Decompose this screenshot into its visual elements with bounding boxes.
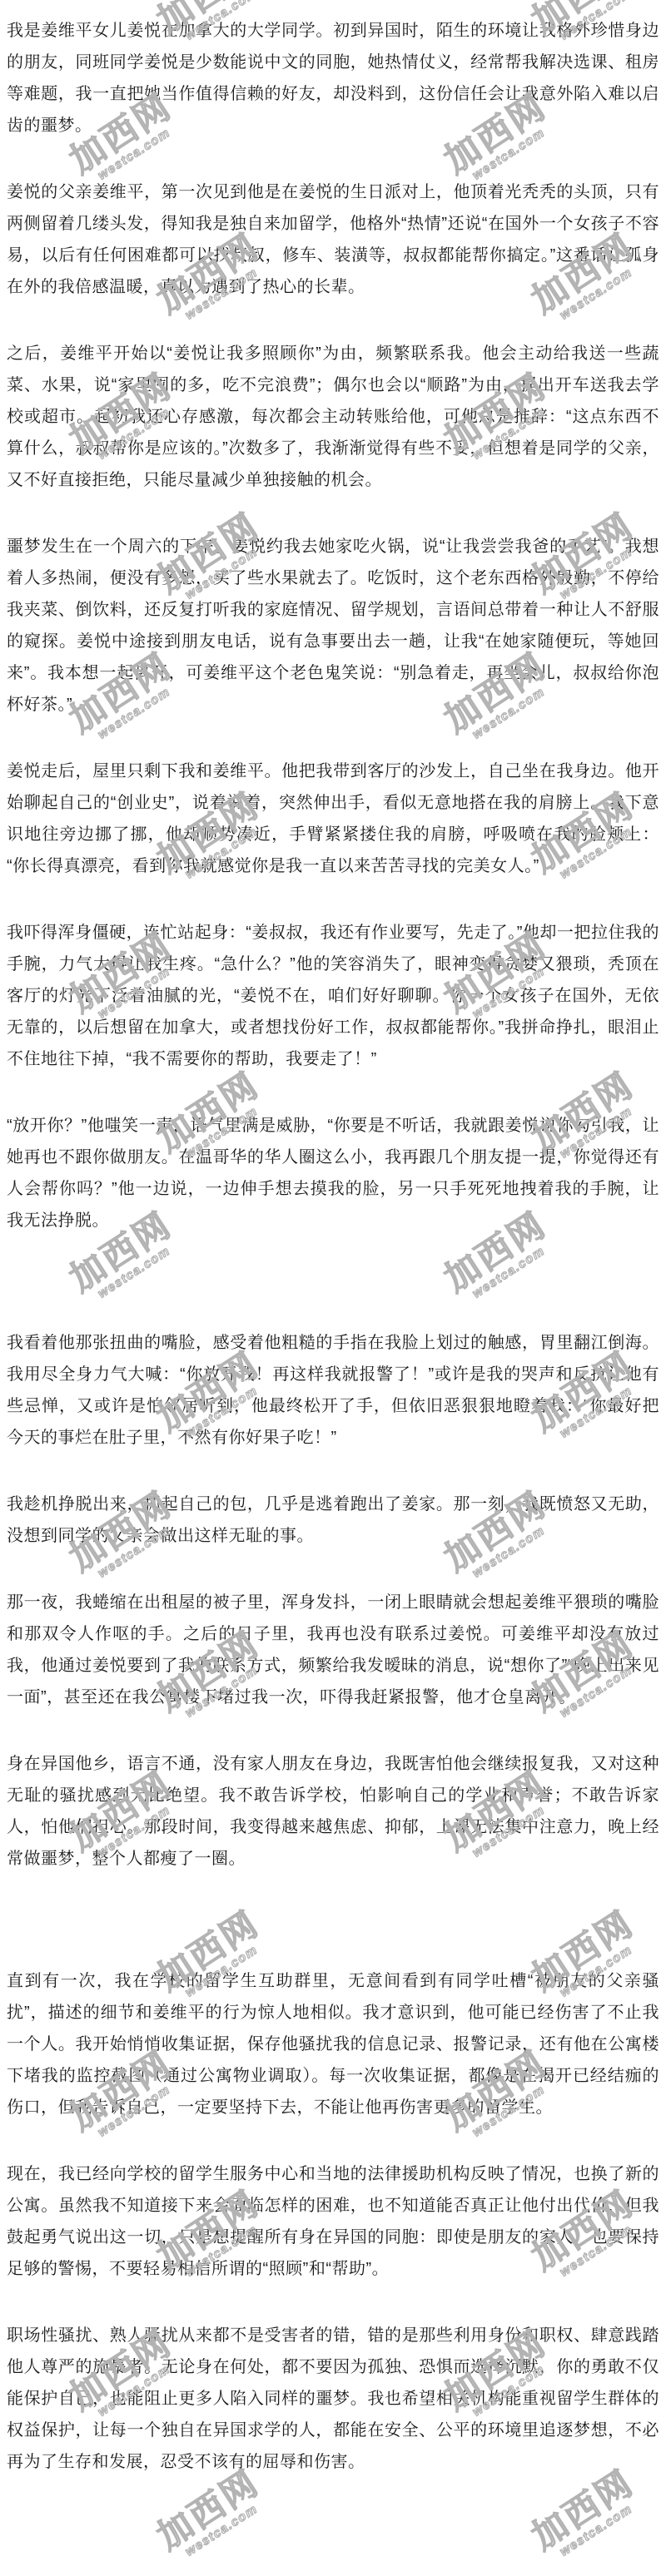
- paragraph: 身在异国他乡，语言不通，没有家人朋友在身边，我既害怕他会继续报复我，又对这种无耻…: [7, 1748, 659, 1875]
- paragraph: 现在，我已经向学校的留学生服务中心和当地的法律援助机构反映了情况，也换了新的公寓…: [7, 2158, 659, 2285]
- paragraph: 我看着他那张扭曲的嘴脸，感受着他粗糙的手指在我脸上划过的触感，胃里翻江倒海。我用…: [7, 1327, 659, 1454]
- paragraph: “放开你？”他嗤笑一声，语气里满是威胁，“你要是不听话，我就跟姜悦说你勾引我，让…: [7, 1110, 659, 1236]
- paragraph: 我吓得浑身僵硬，连忙站起身：“姜叔叔，我还有作业要写，先走了。”他却一把拉住我的…: [7, 917, 659, 1075]
- paragraph: 姜悦走后，屋里只剩下我和姜维平。他把我带到客厅的沙发上，自己坐在我身边。他开始聊…: [7, 755, 659, 882]
- paragraph: 直到有一次，我在学校的留学生互助群里，无意间看到有同学吐槽“被朋友的父亲骚扰”，…: [7, 1965, 659, 2123]
- paragraph: 我是姜维平女儿姜悦在加拿大的大学同学。初到异国时，陌生的环境让我格外珍惜身边的朋…: [7, 15, 659, 141]
- paragraph: 姜悦的父亲姜维平，第一次见到他是在姜悦的生日派对上，他顶着光秃秃的头顶，只有两侧…: [7, 176, 659, 303]
- paragraph: 职场性骚扰、熟人骚扰从来都不是受害者的错，错的是那些利用身份和职权、肆意践踏他人…: [7, 2320, 659, 2478]
- article-body: 我是姜维平女儿姜悦在加拿大的大学同学。初到异国时，陌生的环境让我格外珍惜身边的朋…: [0, 0, 666, 2538]
- article-page: 我是姜维平女儿姜悦在加拿大的大学同学。初到异国时，陌生的环境让我格外珍惜身边的朋…: [0, 0, 666, 2576]
- paragraph: 之后，姜维平开始以“姜悦让我多照顾你”为由，频繁联系我。他会主动给我送一些蔬菜、…: [7, 338, 659, 496]
- paragraph: 那一夜，我蜷缩在出租屋的被子里，浑身发抖，一闭上眼睛就会想起姜维平猥琐的嘴脸和那…: [7, 1587, 659, 1713]
- paragraph: 噩梦发生在一个周六的下午。姜悦约我去她家吃火锅，说“让我尝尝我爸的手艺”。我想着…: [7, 531, 659, 721]
- paragraph: 我趁机挣脱出来，抓起自己的包，几乎是逃着跑出了姜家。那一刻，我既愤怒又无助，没想…: [7, 1489, 659, 1552]
